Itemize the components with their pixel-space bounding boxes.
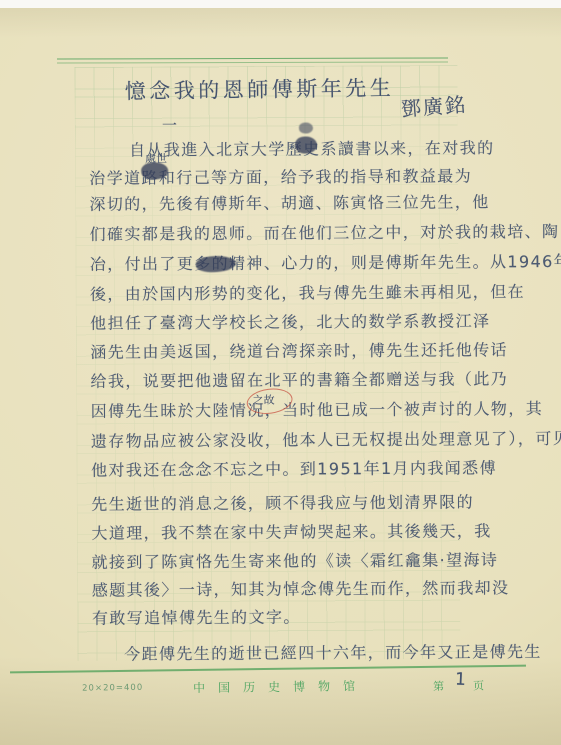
manuscript-photo: 憶念我的恩師傅斯年先生 鄧廣銘 一 自从我進入北京大学歷史系讀書以来，在对我的 …	[0, 0, 561, 745]
page-number-prefix: 第	[433, 678, 444, 694]
handwritten-page-number: 1	[455, 669, 467, 689]
page-number-suffix: 页	[473, 677, 484, 693]
institution-name: 中国历史博物馆	[193, 677, 368, 696]
grid-size-label: 20×20=400	[82, 683, 143, 694]
printed-footer: 20×20=400 中国历史博物馆 第 1 页	[0, 0, 561, 745]
